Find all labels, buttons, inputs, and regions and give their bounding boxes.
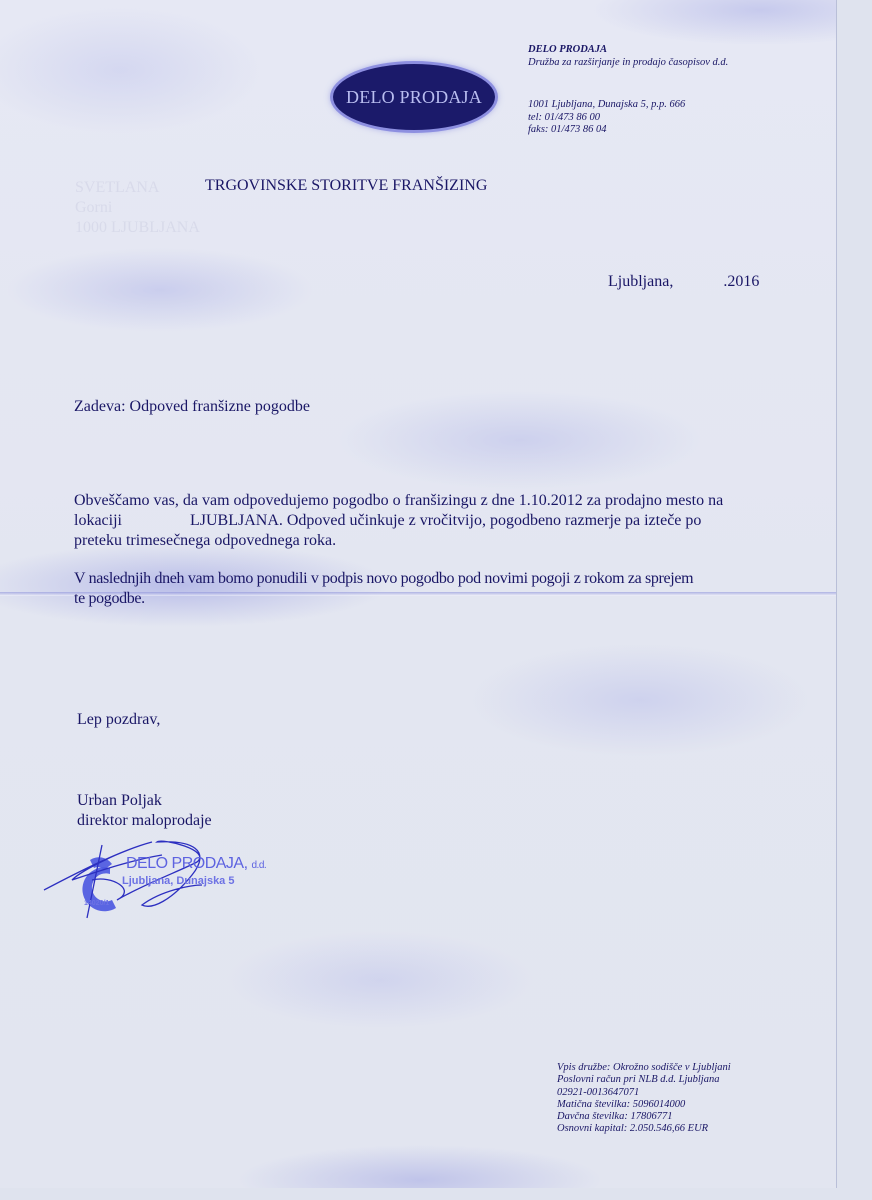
footer-line: Davčna številka: 17806771 [557,1111,731,1123]
footer-line: 02921-0013647071 [557,1087,731,1099]
company-fax: faks: 01/473 86 04 [528,124,728,137]
company-registration-footer: Vpis družbe: Okrožno sodišče v Ljubljani… [557,1062,731,1136]
signer-block: Urban Poljak direktor maloprodaje [77,791,212,831]
letter-body: Obveščamo vas, da vam odpovedujemo pogod… [74,491,774,627]
footer-line: Matična številka: 5096014000 [557,1099,731,1111]
paragraph-termination: Obveščamo vas, da vam odpovedujemo pogod… [74,491,774,551]
stamp-address: Ljubljana, Dunajska 5 [122,875,234,887]
signer-title: direktor maloprodaje [77,811,212,831]
footer-line: Vpis družbe: Okrožno sodišče v Ljubljani [557,1062,731,1074]
date-place: Ljubljana, [608,273,673,290]
letter-page: DELO PRODAJA DELO PRODAJA Družba za razš… [0,0,837,1188]
date-year: .2016 [723,273,759,290]
footer-line: Osnovni kapital: 2.050.546,66 EUR [557,1123,731,1135]
letter-date: Ljubljana,.2016 [608,273,759,291]
paragraph-new-contract: V naslednjih dneh vam bomo ponudili v po… [74,569,774,609]
department-heading: TRGOVINSKE STORITVE FRANŠIZING [205,177,487,195]
letter-subject: Zadeva: Odpoved franšizne pogodbe [74,398,310,416]
company-name: DELO PRODAJA [528,44,728,57]
company-description: Družba za razširjanje in prodajo časopis… [528,57,728,70]
delo-prodaja-logo: DELO PRODAJA [333,64,495,130]
closing-greeting: Lep pozdrav, [77,711,160,729]
footer-line: Poslovni račun pri NLB d.d. Ljubljana [557,1074,731,1086]
recipient-address-faded: SVETLANA Gorni 1000 LJUBLJANA [75,178,200,238]
signer-name: Urban Poljak [77,791,212,811]
logo-text: DELO PRODAJA [346,87,482,108]
stamp-company: DELO PRODAJA, d.d. [126,855,266,873]
letterhead: DELO PRODAJA Družba za razširjanje in pr… [528,44,728,137]
stamp-code: 14020/1 [84,900,109,907]
company-address: 1001 Ljubljana, Dunajska 5, p.p. 666 [528,99,728,112]
company-phone: tel: 01/473 86 00 [528,112,728,125]
